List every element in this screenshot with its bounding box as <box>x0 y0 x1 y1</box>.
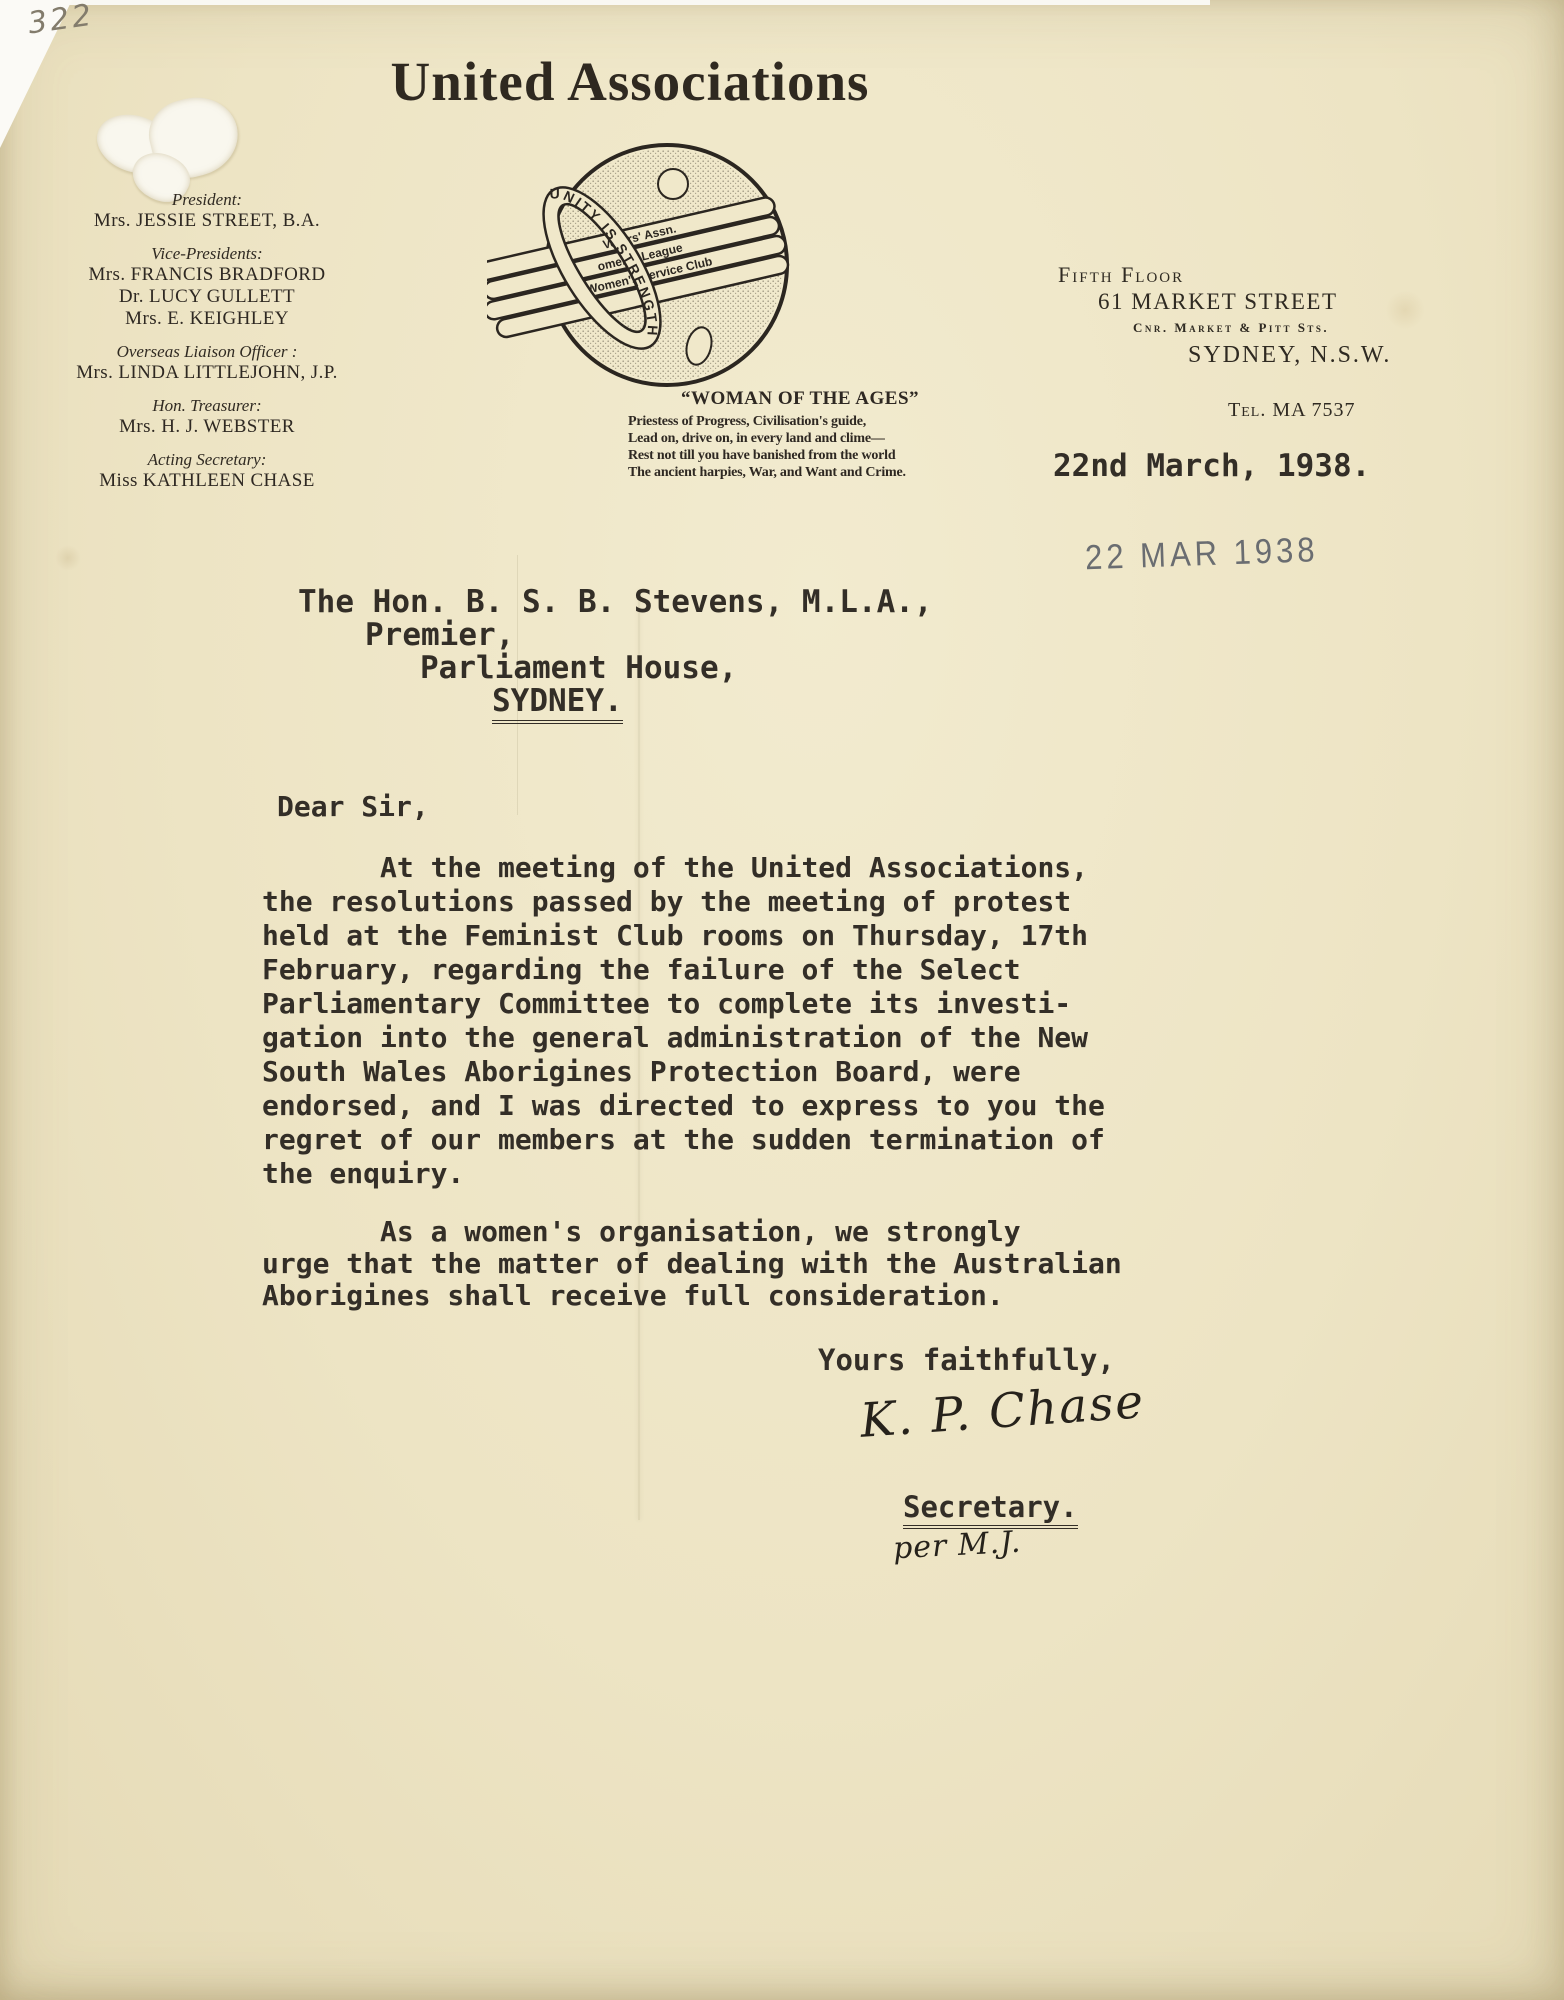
emblem-caption: “WOMAN OF THE AGES” <box>640 388 960 410</box>
recipient-line: Parliament House, <box>298 652 933 685</box>
address-phone: Tel. MA 7537 <box>1228 399 1355 422</box>
officer-role: Vice-Presidents: <box>52 244 362 264</box>
officer-names: Mrs. FRANCIS BRADFORDDr. LUCY GULLETTMrs… <box>52 264 362 330</box>
closing: Yours faithfully, <box>818 1343 1115 1377</box>
archive-number: 322 <box>26 0 96 41</box>
signature-title-underlined: Secretary. <box>903 1490 1078 1529</box>
officer-group: President: Mrs. JESSIE STREET, B.A. <box>52 190 362 232</box>
officer-group: Overseas Liaison Officer : Mrs. LINDA LI… <box>52 342 362 384</box>
officer-role: Hon. Treasurer: <box>52 396 362 416</box>
address-street: 61 MARKET STREET <box>1098 289 1338 315</box>
recipient-line: The Hon. B. S. B. Stevens, M.L.A., <box>298 586 933 619</box>
body-paragraph-1: At the meeting of the United Association… <box>262 851 1105 1191</box>
unity-emblem: Voters' Assn. omens' League Women's Serv… <box>487 140 812 402</box>
address-floor: Fifth Floor <box>1058 262 1184 288</box>
officer-group: Vice-Presidents: Mrs. FRANCIS BRADFORDDr… <box>52 244 362 330</box>
paper-stain <box>55 545 81 571</box>
officer-names: Mrs. LINDA LITTLEJOHN, J.P. <box>52 362 362 384</box>
officer-role: President: <box>52 190 362 210</box>
letter-date: 22nd March, 1938. <box>1053 448 1370 484</box>
address-corner: Cnr. Market & Pitt Sts. <box>1133 320 1329 336</box>
officer-names: Mrs. JESSIE STREET, B.A. <box>52 210 362 232</box>
recipient-city-underlined: SYDNEY. <box>492 683 623 724</box>
letter-scan: 322 United Associations President: Mrs. … <box>0 0 1564 2000</box>
officer-names: Miss KATHLEEN CHASE <box>52 470 362 492</box>
officer-role: Overseas Liaison Officer : <box>52 342 362 362</box>
officer-names: Mrs. H. J. WEBSTER <box>52 416 362 438</box>
organisation-title: United Associations <box>280 50 980 113</box>
officer-role: Acting Secretary: <box>52 450 362 470</box>
address-city: SYDNEY, N.S.W. <box>1188 342 1391 369</box>
body-paragraph-2: As a women's organisation, we stronglyur… <box>262 1216 1122 1312</box>
recipient-line: SYDNEY. <box>298 685 933 718</box>
signature-title: Secretary. <box>903 1490 1078 1524</box>
salutation: Dear Sir, <box>277 790 429 823</box>
recipient-address: The Hon. B. S. B. Stevens, M.L.A., Premi… <box>298 586 933 718</box>
scan-edge-strip <box>0 0 1210 5</box>
paper-stain <box>1385 290 1425 330</box>
countersignature: per M.J. <box>892 1525 1022 1567</box>
emblem-poem: Priestess of Progress, Civilisation's gu… <box>628 413 988 481</box>
received-stamp: 22 MAR 1938 <box>1084 530 1319 578</box>
handwritten-signature: K. P. Chase <box>858 1374 1146 1449</box>
recipient-line: Premier, <box>298 619 933 652</box>
officer-group: Hon. Treasurer: Mrs. H. J. WEBSTER <box>52 396 362 438</box>
officer-group: Acting Secretary: Miss KATHLEEN CHASE <box>52 450 362 492</box>
officers-list: President: Mrs. JESSIE STREET, B.A. Vice… <box>52 190 362 492</box>
